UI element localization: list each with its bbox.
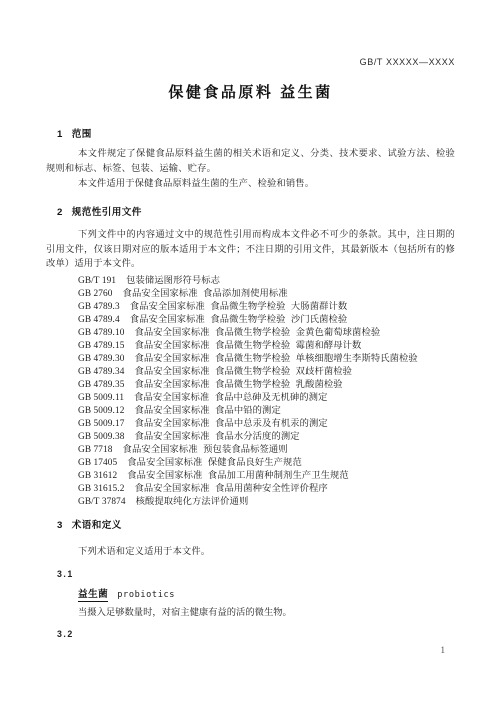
reference-item: GB 5009.11食品安全国家标准 食品中总砷及无机砷的测定 — [78, 392, 455, 405]
reference-title: 食品安全国家标准 食品微生物学检验 乳酸菌检验 — [134, 380, 342, 390]
reference-code: GB 4789.34 — [78, 367, 124, 377]
standard-code: GB/T XXXXX—XXXX — [46, 56, 455, 68]
scope-paragraph-2: 本文件适用于保健食品原料益生菌的生产、检验和销售。 — [46, 177, 455, 192]
reference-item: GB 4789.35食品安全国家标准 食品微生物学检验 乳酸菌检验 — [78, 379, 455, 392]
reference-code: GB 31615.2 — [78, 484, 124, 494]
reference-item: GB 2760食品安全国家标准 食品添加剂使用标准 — [78, 288, 455, 301]
section-2-label: 规范性引用文件 — [72, 207, 142, 218]
section-2-number: 2 — [57, 207, 63, 218]
reference-item: GB 4789.30食品安全国家标准 食品微生物学检验 单核细胞增生李斯特氏菌检… — [78, 353, 455, 366]
document-page: GB/T XXXXX—XXXX 保健食品原料 益生菌 1范围 本文件规定了保健食… — [0, 0, 500, 707]
scope-paragraph-1: 本文件规定了保健食品原料益生菌的相关术语和定义、分类、技术要求、试验方法、检验规… — [46, 147, 455, 177]
document-title: 保健食品原料 益生菌 — [46, 83, 455, 103]
reference-title: 食品安全国家标准 食品微生物学检验 单核细胞增生李斯特氏菌检验 — [134, 354, 417, 364]
reference-code: GB 4789.30 — [78, 354, 124, 364]
reference-item: GB 7718食品安全国家标准 预包装食品标签通则 — [78, 444, 455, 457]
reference-item: GB 5009.17食品安全国家标准 食品中总汞及有机汞的测定 — [78, 418, 455, 431]
reference-code: GB 5009.38 — [78, 432, 124, 442]
reference-code: GB/T 37874 — [78, 497, 126, 507]
references-list: GB/T 191包装储运图形符号标志 GB 2760食品安全国家标准 食品添加剂… — [46, 275, 455, 509]
reference-code: GB 4789.10 — [78, 328, 124, 338]
terms-intro: 下列术语和定义适用于本文件。 — [46, 546, 455, 559]
section-1-heading: 1范围 — [57, 129, 455, 141]
section-3-label: 术语和定义 — [72, 520, 122, 531]
reference-title: 食品安全国家标准 食品加工用菌种制剂生产卫生规范 — [127, 471, 349, 481]
reference-code: GB 7718 — [78, 445, 113, 455]
term-chinese: 益生菌 — [78, 589, 108, 602]
reference-title: 食品安全国家标准 食品微生物学检验 霉菌和酵母计数 — [134, 341, 361, 351]
term-number-3-2: 3.2 — [57, 629, 455, 640]
reference-item: GB 4789.4食品安全国家标准 食品微生物学检验 沙门氏菌检验 — [78, 314, 455, 327]
term-definition: 当摄入足够数量时，对宿主健康有益的活的微生物。 — [78, 607, 455, 620]
term-number-3-1: 3.1 — [57, 569, 455, 580]
reference-code: GB 5009.12 — [78, 406, 124, 416]
reference-title: 食品安全国家标准 食品中铅的测定 — [134, 406, 280, 416]
reference-title: 食品安全国家标准 食品中总砷及无机砷的测定 — [134, 393, 327, 403]
reference-title: 食品安全国家标准 预包装食品标签通则 — [123, 445, 288, 455]
reference-title: 食品安全国家标准 食品添加剂使用标准 — [123, 289, 288, 299]
reference-code: GB 31612 — [78, 471, 117, 481]
reference-title: 食品安全国家标准 食品用菌种安全性评价程序 — [134, 484, 327, 494]
reference-code: GB 2760 — [78, 289, 113, 299]
reference-title: 食品安全国家标准 食品中总汞及有机汞的测定 — [134, 419, 327, 429]
reference-item: GB 4789.3食品安全国家标准 食品微生物学检验 大肠菌群计数 — [78, 301, 455, 314]
reference-item: GB 4789.10食品安全国家标准 食品微生物学检验 金黄色葡萄球菌检验 — [78, 327, 455, 340]
reference-title: 食品安全国家标准 食品微生物学检验 金黄色葡萄球菌检验 — [134, 328, 380, 338]
section-3-number: 3 — [57, 520, 63, 531]
section-3-heading: 3术语和定义 — [57, 520, 455, 532]
section-2-heading: 2规范性引用文件 — [57, 207, 455, 219]
page-number: 1 — [441, 645, 446, 655]
reference-item: GB 31612食品安全国家标准 食品加工用菌种制剂生产卫生规范 — [78, 470, 455, 483]
reference-item: GB/T 37874核酸提取纯化方法评价通则 — [78, 496, 455, 509]
reference-item: GB 4789.34食品安全国家标准 食品微生物学检验 双歧杆菌检验 — [78, 366, 455, 379]
term-english: probiotics — [117, 590, 175, 600]
reference-code: GB 17405 — [78, 458, 117, 468]
reference-title: 食品安全国家标准 食品微生物学检验 大肠菌群计数 — [130, 302, 348, 312]
reference-title: 食品安全国家标准 食品微生物学检验 沙门氏菌检验 — [130, 315, 348, 325]
reference-code: GB 4789.4 — [78, 315, 120, 325]
normative-references-intro: 下列文件中的内容通过文中的规范性引用而构成本文件必不可少的条款。其中，注日期的引… — [46, 228, 455, 272]
reference-title: 核酸提取纯化方法评价通则 — [136, 497, 249, 507]
term-entry: 益生菌probiotics — [78, 587, 455, 601]
section-1-label: 范围 — [72, 129, 92, 140]
section-1-number: 1 — [57, 129, 63, 140]
reference-item: GB 5009.38食品安全国家标准 食品水分活度的测定 — [78, 431, 455, 444]
reference-title: 食品安全国家标准 保健食品良好生产规范 — [127, 458, 302, 468]
reference-title: 食品安全国家标准 食品水分活度的测定 — [134, 432, 299, 442]
reference-code: GB 4789.3 — [78, 302, 120, 312]
reference-item: GB 4789.15食品安全国家标准 食品微生物学检验 霉菌和酵母计数 — [78, 340, 455, 353]
reference-item: GB/T 191包装储运图形符号标志 — [78, 275, 455, 288]
reference-item: GB 31615.2食品安全国家标准 食品用菌种安全性评价程序 — [78, 483, 455, 496]
reference-code: GB 4789.35 — [78, 380, 124, 390]
reference-code: GB 5009.17 — [78, 419, 124, 429]
reference-title: 包装储运图形符号标志 — [126, 276, 220, 286]
reference-code: GB 5009.11 — [78, 393, 124, 403]
reference-code: GB/T 191 — [78, 276, 116, 286]
reference-code: GB 4789.15 — [78, 341, 124, 351]
reference-item: GB 17405食品安全国家标准 保健食品良好生产规范 — [78, 457, 455, 470]
reference-title: 食品安全国家标准 食品微生物学检验 双歧杆菌检验 — [134, 367, 352, 377]
reference-item: GB 5009.12食品安全国家标准 食品中铅的测定 — [78, 405, 455, 418]
